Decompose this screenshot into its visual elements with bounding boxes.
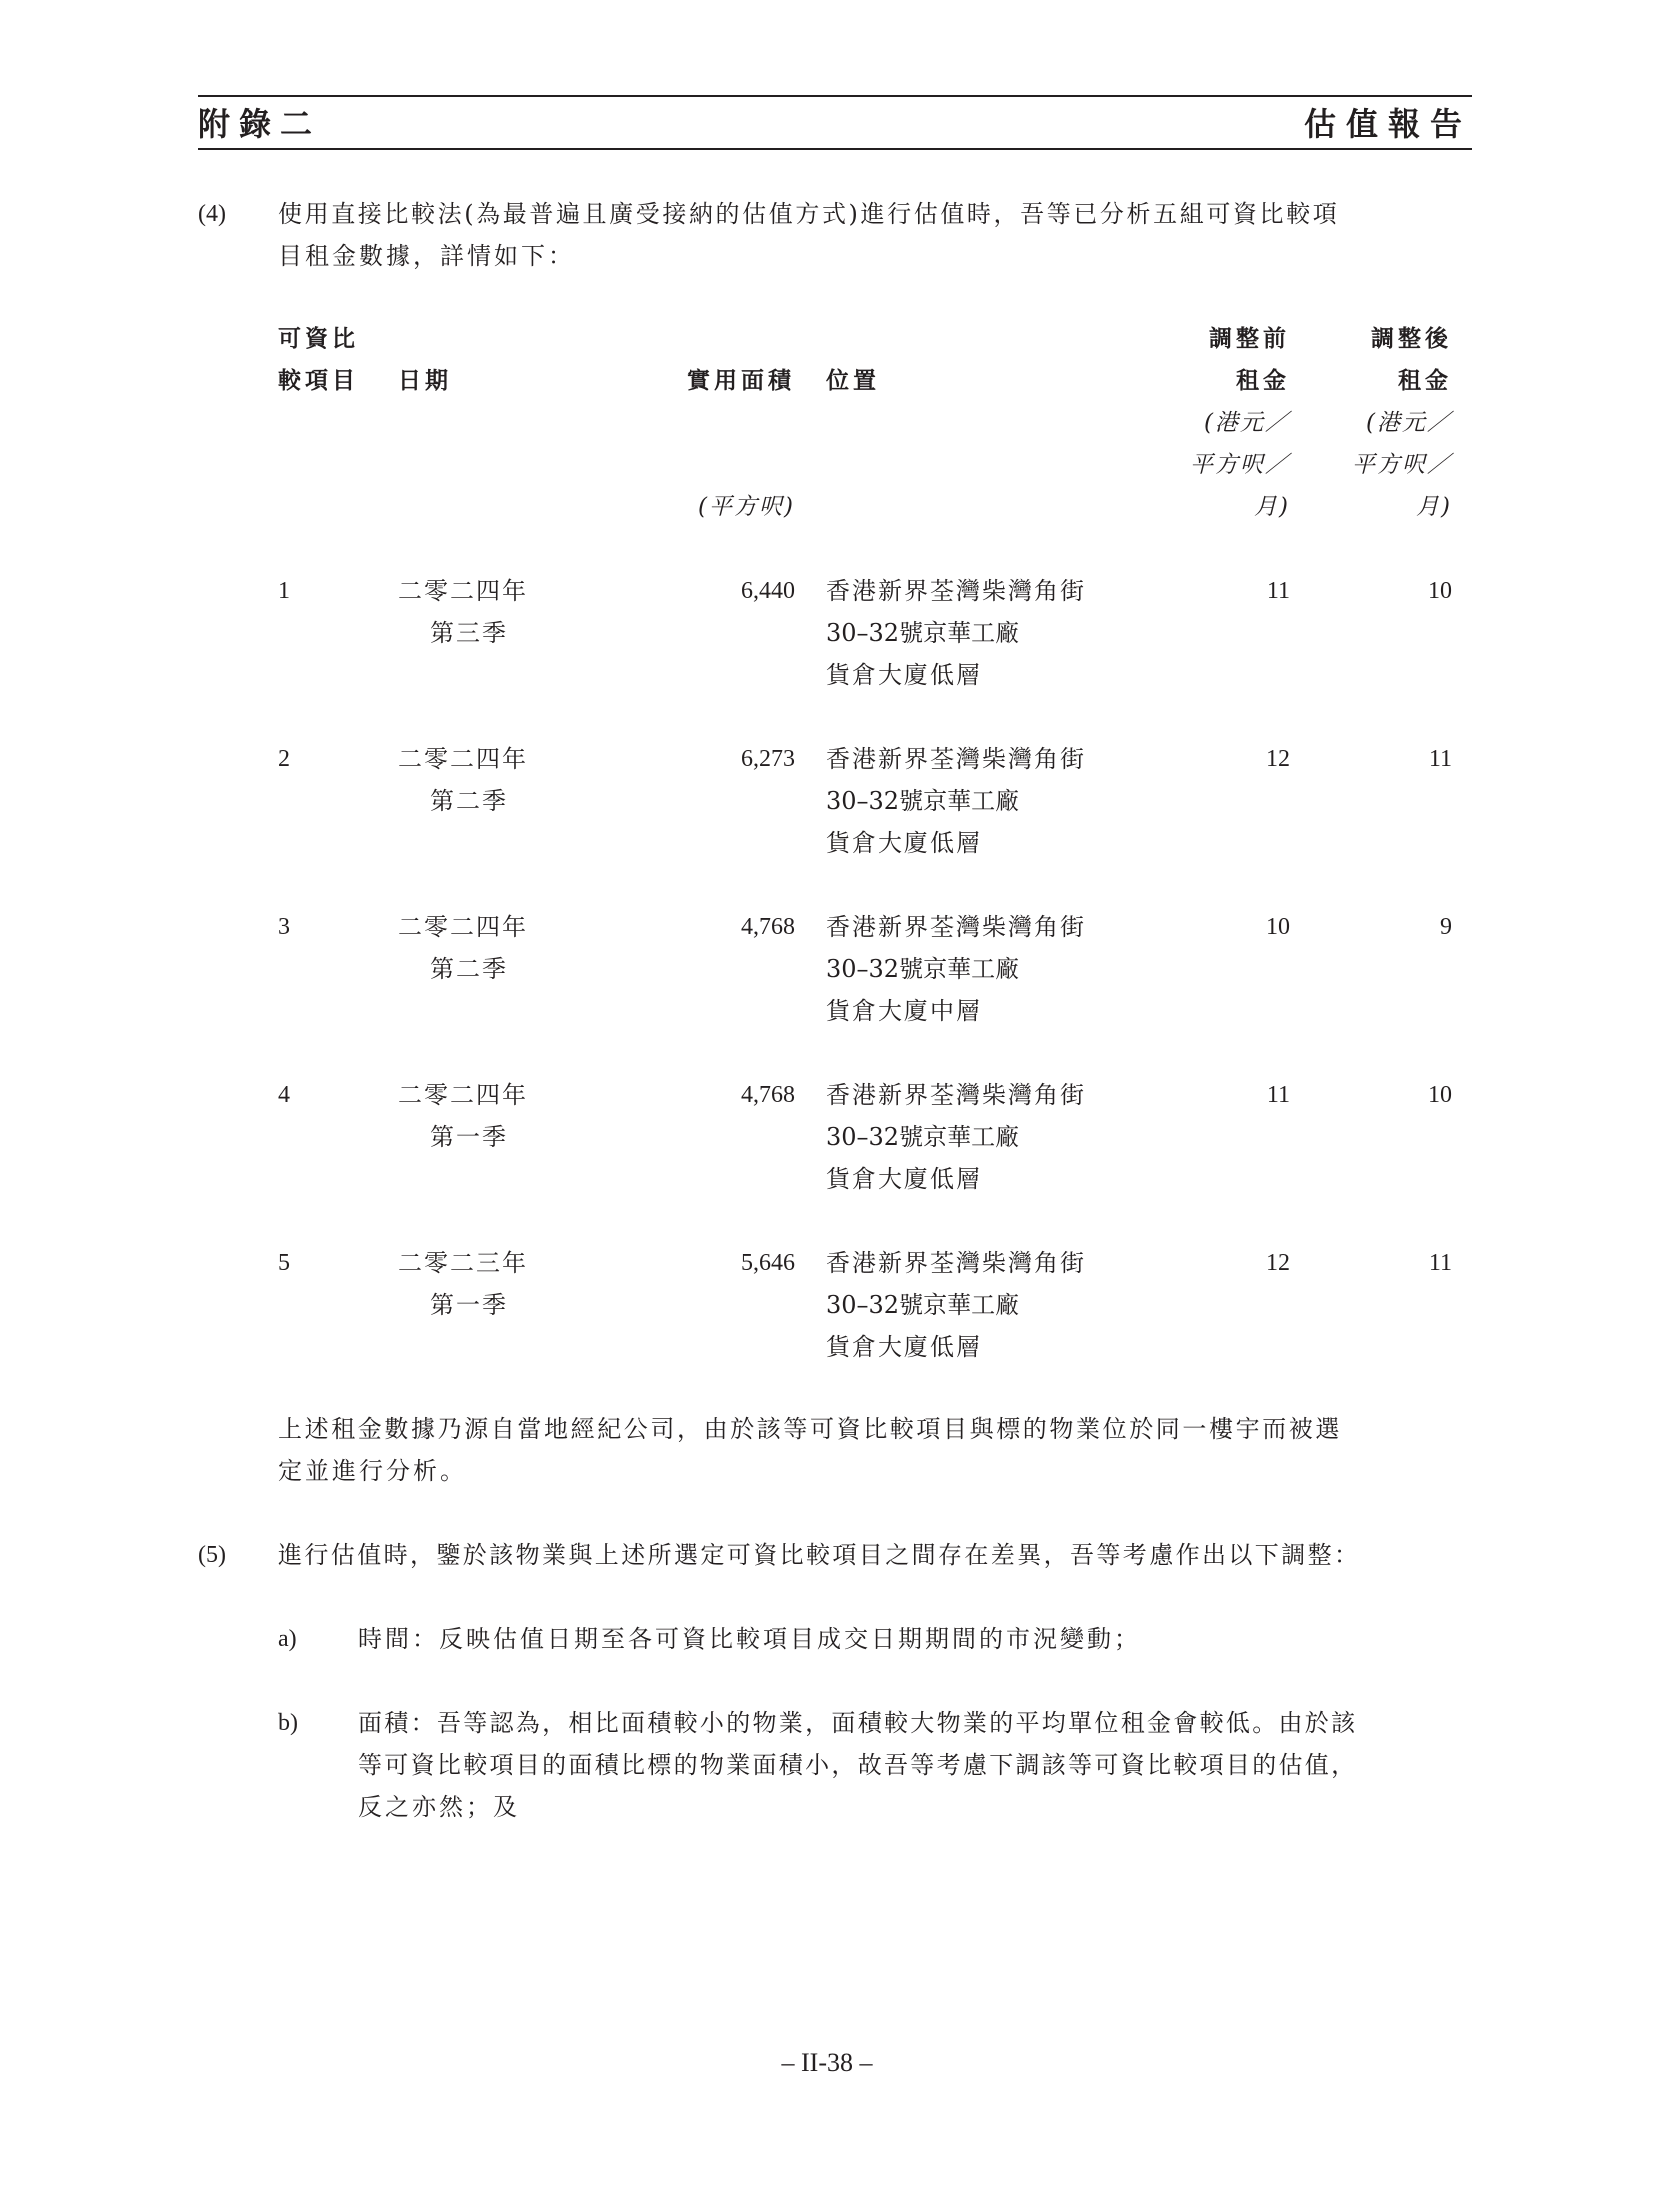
item-a-label: a) bbox=[278, 1618, 297, 1660]
section-4-line-2: 目租金數據，詳情如下： bbox=[278, 235, 575, 277]
row-location-3: 貨倉大廈中層 bbox=[826, 990, 982, 1032]
row-location-3: 貨倉大廈低層 bbox=[826, 654, 982, 696]
page-number: – II-38 – bbox=[0, 2048, 1654, 2078]
row-date-year: 二零二四年 bbox=[398, 906, 528, 948]
header-after-2: 租金 bbox=[1310, 360, 1452, 402]
table-row: 2 二零二四年 第二季 6,273 香港新界荃灣柴灣角街 30–32號京華工廠 … bbox=[0, 738, 1654, 868]
header-area-unit: (平方呎) bbox=[640, 486, 795, 528]
header-before-unit-3: 月) bbox=[1150, 486, 1290, 528]
row-rent-before: 10 bbox=[1150, 906, 1290, 948]
row-area: 6,440 bbox=[640, 570, 795, 612]
row-location-2: 30–32號京華工廠 bbox=[826, 948, 1019, 990]
row-location-1: 香港新界荃灣柴灣角街 bbox=[826, 570, 1086, 612]
row-location-2: 30–32號京華工廠 bbox=[826, 1284, 1019, 1326]
row-number: 4 bbox=[278, 1074, 290, 1116]
item-b-label: b) bbox=[278, 1702, 298, 1744]
row-location-1: 香港新界荃灣柴灣角街 bbox=[826, 1242, 1086, 1284]
source-note-line-2: 定並進行分析。 bbox=[278, 1450, 467, 1492]
row-rent-after: 11 bbox=[1310, 1242, 1452, 1284]
report-title: 估值報告 bbox=[1304, 104, 1472, 144]
row-date-year: 二零二四年 bbox=[398, 570, 528, 612]
row-rent-after: 11 bbox=[1310, 738, 1452, 780]
row-location-3: 貨倉大廈低層 bbox=[826, 1158, 982, 1200]
section-4-line-1: 使用直接比較法(為最普遍且廣受接納的估值方式)進行估值時，吾等已分析五組可資比較… bbox=[278, 193, 1339, 235]
table-row: 4 二零二四年 第一季 4,768 香港新界荃灣柴灣角街 30–32號京華工廠 … bbox=[0, 1074, 1654, 1204]
row-number: 3 bbox=[278, 906, 290, 948]
section-5-label: (5) bbox=[198, 1534, 226, 1576]
row-area: 5,646 bbox=[640, 1242, 795, 1284]
section-4-label: (4) bbox=[198, 193, 226, 235]
item-b-line-3: 反之亦然；及 bbox=[358, 1786, 520, 1828]
item-b-line-2: 等可資比較項目的面積比標的物業面積小，故吾等考慮下調該等可資比較項目的估值， bbox=[358, 1744, 1357, 1786]
table-row: 3 二零二四年 第二季 4,768 香港新界荃灣柴灣角街 30–32號京華工廠 … bbox=[0, 906, 1654, 1036]
row-area: 4,768 bbox=[640, 906, 795, 948]
row-number: 2 bbox=[278, 738, 290, 780]
header-before-1: 調整前 bbox=[1150, 318, 1290, 360]
row-number: 1 bbox=[278, 570, 290, 612]
row-rent-before: 12 bbox=[1150, 738, 1290, 780]
item-b-line-1: 面積：吾等認為，相比面積較小的物業，面積較大物業的平均單位租金會較低。由於該 bbox=[358, 1702, 1357, 1744]
row-date-quarter: 第二季 bbox=[430, 948, 508, 990]
row-location-2: 30–32號京華工廠 bbox=[826, 612, 1019, 654]
row-location-2: 30–32號京華工廠 bbox=[826, 780, 1019, 822]
source-note-line-1: 上述租金數據乃源自當地經紀公司，由於該等可資比較項目與標的物業位於同一樓宇而被選 bbox=[278, 1408, 1342, 1450]
row-number: 5 bbox=[278, 1242, 290, 1284]
row-date-quarter: 第二季 bbox=[430, 780, 508, 822]
row-location-2: 30–32號京華工廠 bbox=[826, 1116, 1019, 1158]
row-date-year: 二零二四年 bbox=[398, 1074, 528, 1116]
header-before-unit-2: 平方呎／ bbox=[1150, 444, 1290, 486]
table-row: 1 二零二四年 第三季 6,440 香港新界荃灣柴灣角街 30–32號京華工廠 … bbox=[0, 570, 1654, 700]
row-location-3: 貨倉大廈低層 bbox=[826, 822, 982, 864]
header-before-2: 租金 bbox=[1150, 360, 1290, 402]
row-area: 4,768 bbox=[640, 1074, 795, 1116]
table-row: 5 二零二三年 第一季 5,646 香港新界荃灣柴灣角街 30–32號京華工廠 … bbox=[0, 1242, 1654, 1372]
header-comparable-1: 可資比 bbox=[278, 318, 359, 360]
section-5-text: 進行估值時，鑒於該物業與上述所選定可資比較項目之間存在差異，吾等考慮作出以下調整… bbox=[278, 1534, 1360, 1576]
header-date: 日期 bbox=[398, 360, 452, 402]
row-rent-after: 9 bbox=[1310, 906, 1452, 948]
header-location: 位置 bbox=[826, 360, 880, 402]
document-page: 附錄二 估值報告 (4) 使用直接比較法(為最普遍且廣受接納的估值方式)進行估值… bbox=[0, 0, 1654, 2205]
row-rent-before: 12 bbox=[1150, 1242, 1290, 1284]
row-location-1: 香港新界荃灣柴灣角街 bbox=[826, 738, 1086, 780]
row-location-3: 貨倉大廈低層 bbox=[826, 1326, 982, 1368]
row-date-quarter: 第一季 bbox=[430, 1116, 508, 1158]
row-rent-before: 11 bbox=[1150, 570, 1290, 612]
header-area: 實用面積 bbox=[640, 360, 795, 402]
row-date-year: 二零二四年 bbox=[398, 738, 528, 780]
row-rent-after: 10 bbox=[1310, 1074, 1452, 1116]
header-after-1: 調整後 bbox=[1310, 318, 1452, 360]
row-date-quarter: 第一季 bbox=[430, 1284, 508, 1326]
row-date-quarter: 第三季 bbox=[430, 612, 508, 654]
header-comparable-2: 較項目 bbox=[278, 360, 359, 402]
item-a-line-1: 時間：反映估值日期至各可資比較項目成交日期期間的市況變動； bbox=[358, 1618, 1141, 1660]
header-after-unit-1: (港元／ bbox=[1310, 402, 1452, 444]
header-top-rule bbox=[198, 95, 1472, 97]
row-location-1: 香港新界荃灣柴灣角街 bbox=[826, 906, 1086, 948]
row-rent-before: 11 bbox=[1150, 1074, 1290, 1116]
header-after-unit-2: 平方呎／ bbox=[1310, 444, 1452, 486]
header-bottom-rule bbox=[198, 148, 1472, 150]
row-date-year: 二零二三年 bbox=[398, 1242, 528, 1284]
row-area: 6,273 bbox=[640, 738, 795, 780]
appendix-title: 附錄二 bbox=[198, 104, 321, 144]
header-after-unit-3: 月) bbox=[1310, 486, 1452, 528]
row-location-1: 香港新界荃灣柴灣角街 bbox=[826, 1074, 1086, 1116]
row-rent-after: 10 bbox=[1310, 570, 1452, 612]
header-before-unit-1: (港元／ bbox=[1150, 402, 1290, 444]
